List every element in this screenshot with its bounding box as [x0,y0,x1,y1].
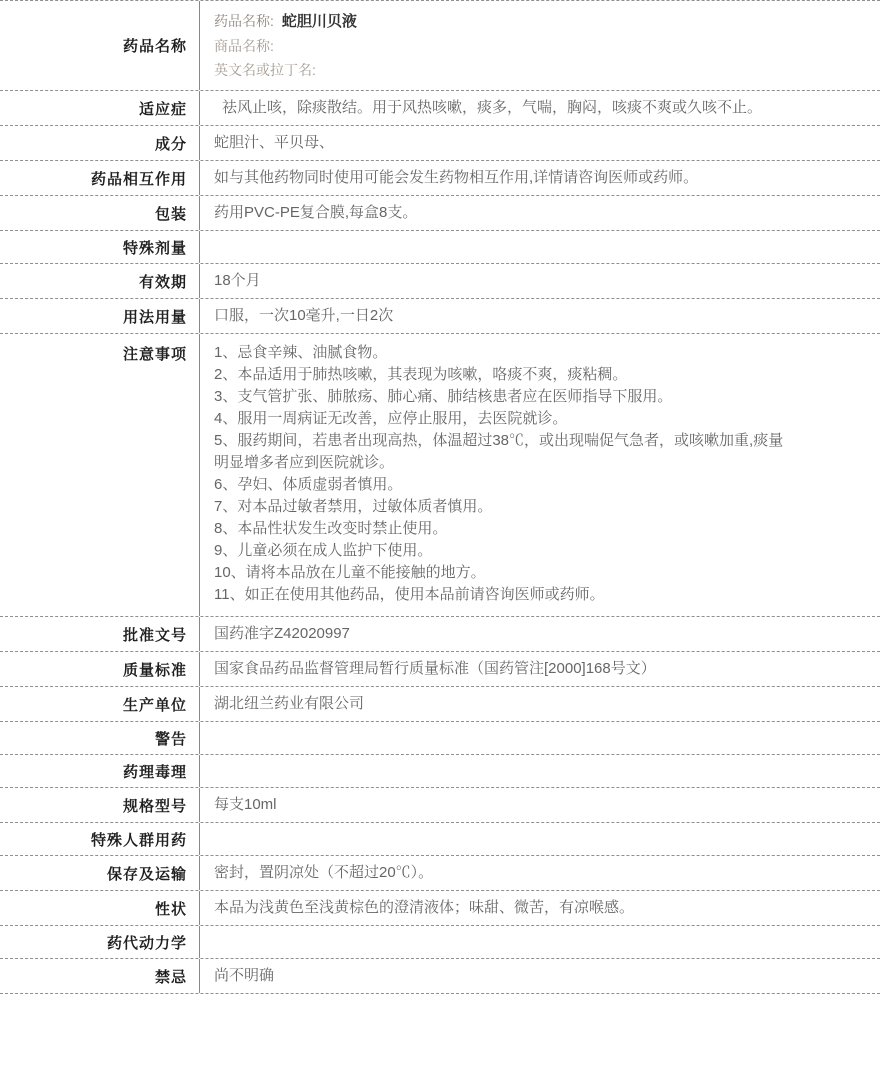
drug-info-row: 特殊人群用药 [0,823,880,856]
row-value: 祛风止咳，除痰散结。用于风热咳嗽，痰多，气喘，胸闷，咳痰不爽或久咳不止。 [200,91,880,125]
row-value [200,722,880,754]
row-value: 湖北纽兰药业有限公司 [200,687,880,721]
drug-info-row: 特殊剂量 [0,231,880,264]
drug-info-row: 药理毒理 [0,755,880,788]
note-line: 2、本品适用于肺热咳嗽，其表现为咳嗽，咯痰不爽，痰粘稠。 [214,364,864,386]
row-value: 蛇胆汁、平贝母、 [200,126,880,160]
drug-info-row: 药品相互作用如与其他药物同时使用可能会发生药物相互作用,详情请咨询医师或药师。 [0,161,880,196]
field-label: 药品名称: [214,13,274,29]
drug-name-field-line: 英文名或拉丁名: [214,58,864,82]
row-label: 性状 [0,891,200,925]
row-value: 药用PVC-PE复合膜,每盒8支。 [200,196,880,230]
note-line: 4、服用一周病证无改善，应停止服用，去医院就诊。 [214,408,864,430]
row-label: 药代动力学 [0,926,200,958]
field-value: 蛇胆川贝液 [282,13,357,30]
drug-info-row: 有效期18个月 [0,264,880,299]
row-label: 适应症 [0,91,200,125]
drug-info-row: 生产单位湖北纽兰药业有限公司 [0,687,880,722]
row-value: 如与其他药物同时使用可能会发生药物相互作用,详情请咨询医师或药师。 [200,161,880,195]
note-line: 11、如正在使用其他药品，使用本品前请咨询医师或药师。 [214,584,864,606]
row-label: 规格型号 [0,788,200,822]
row-label: 药品名称 [0,1,200,90]
row-value: 每支10ml [200,788,880,822]
drug-name-field-line: 商品名称: [214,34,864,58]
drug-info-row: 成分蛇胆汁、平贝母、 [0,126,880,161]
note-line: 5、服药期间，若患者出现高热，体温超过38℃，或出现喘促气急者，或咳嗽加重,痰量 [214,430,864,452]
row-value: 国药准字Z42020997 [200,617,880,651]
row-label: 用法用量 [0,299,200,333]
row-label: 特殊剂量 [0,231,200,263]
row-label: 成分 [0,126,200,160]
row-value [200,926,880,958]
note-line: 8、本品性状发生改变时禁止使用。 [214,518,864,540]
drug-info-row: 包装药用PVC-PE复合膜,每盒8支。 [0,196,880,231]
row-value: 口服，一次10毫升,一日2次 [200,299,880,333]
row-value: 国家食品药品监督管理局暂行质量标准（国药管注[2000]168号文） [200,652,880,686]
note-line: 3、支气管扩张、肺脓疡、肺心痛、肺结核患者应在医师指导下服用。 [214,386,864,408]
note-line: 明显增多者应到医院就诊。 [214,452,864,474]
drug-name-field-line: 药品名称:蛇胆川贝液 [214,9,864,34]
row-value: 1、忌食辛辣、油腻食物。2、本品适用于肺热咳嗽，其表现为咳嗽，咯痰不爽，痰粘稠。… [200,334,880,616]
row-label: 批准文号 [0,617,200,651]
drug-info-row: 警告 [0,722,880,755]
drug-info-row: 质量标准国家食品药品监督管理局暂行质量标准（国药管注[2000]168号文） [0,652,880,687]
row-value: 密封，置阴凉处（不超过20℃）。 [200,856,880,890]
note-line: 7、对本品过敏者禁用，过敏体质者慎用。 [214,496,864,518]
row-label: 注意事项 [0,334,200,616]
row-label: 质量标准 [0,652,200,686]
drug-info-row: 药代动力学 [0,926,880,959]
drug-info-row: 规格型号每支10ml [0,788,880,823]
drug-info-row: 保存及运输密封，置阴凉处（不超过20℃）。 [0,856,880,891]
drug-info-row: 适应症祛风止咳，除痰散结。用于风热咳嗽，痰多，气喘，胸闷，咳痰不爽或久咳不止。 [0,91,880,126]
row-label: 有效期 [0,264,200,298]
drug-info-row: 用法用量口服，一次10毫升,一日2次 [0,299,880,334]
row-value: 药品名称:蛇胆川贝液商品名称:英文名或拉丁名: [200,1,880,90]
row-value [200,231,880,263]
row-label: 特殊人群用药 [0,823,200,855]
row-label: 保存及运输 [0,856,200,890]
note-line: 9、儿童必须在成人监护下使用。 [214,540,864,562]
row-value: 尚不明确 [200,959,880,993]
row-label: 警告 [0,722,200,754]
field-label: 商品名称: [214,38,274,54]
drug-info-row: 药品名称药品名称:蛇胆川贝液商品名称:英文名或拉丁名: [0,1,880,91]
note-line: 1、忌食辛辣、油腻食物。 [214,342,864,364]
row-value: 18个月 [200,264,880,298]
drug-info-row: 禁忌尚不明确 [0,959,880,994]
row-label: 禁忌 [0,959,200,993]
row-label: 生产单位 [0,687,200,721]
row-value: 本品为浅黄色至浅黄棕色的澄清液体；味甜、微苦，有凉喉感。 [200,891,880,925]
field-label: 英文名或拉丁名: [214,62,316,78]
row-value [200,823,880,855]
drug-info-row: 性状本品为浅黄色至浅黄棕色的澄清液体；味甜、微苦，有凉喉感。 [0,891,880,926]
row-label: 药品相互作用 [0,161,200,195]
note-line: 6、孕妇、体质虚弱者慎用。 [214,474,864,496]
drug-info-table: 药品名称药品名称:蛇胆川贝液商品名称:英文名或拉丁名:适应症祛风止咳，除痰散结。… [0,0,880,994]
drug-info-row: 批准文号国药准字Z42020997 [0,617,880,652]
row-label: 药理毒理 [0,755,200,787]
drug-info-row: 注意事项1、忌食辛辣、油腻食物。2、本品适用于肺热咳嗽，其表现为咳嗽，咯痰不爽，… [0,334,880,617]
note-line: 10、请将本品放在儿童不能接触的地方。 [214,562,864,584]
row-value [200,755,880,787]
row-label: 包装 [0,196,200,230]
